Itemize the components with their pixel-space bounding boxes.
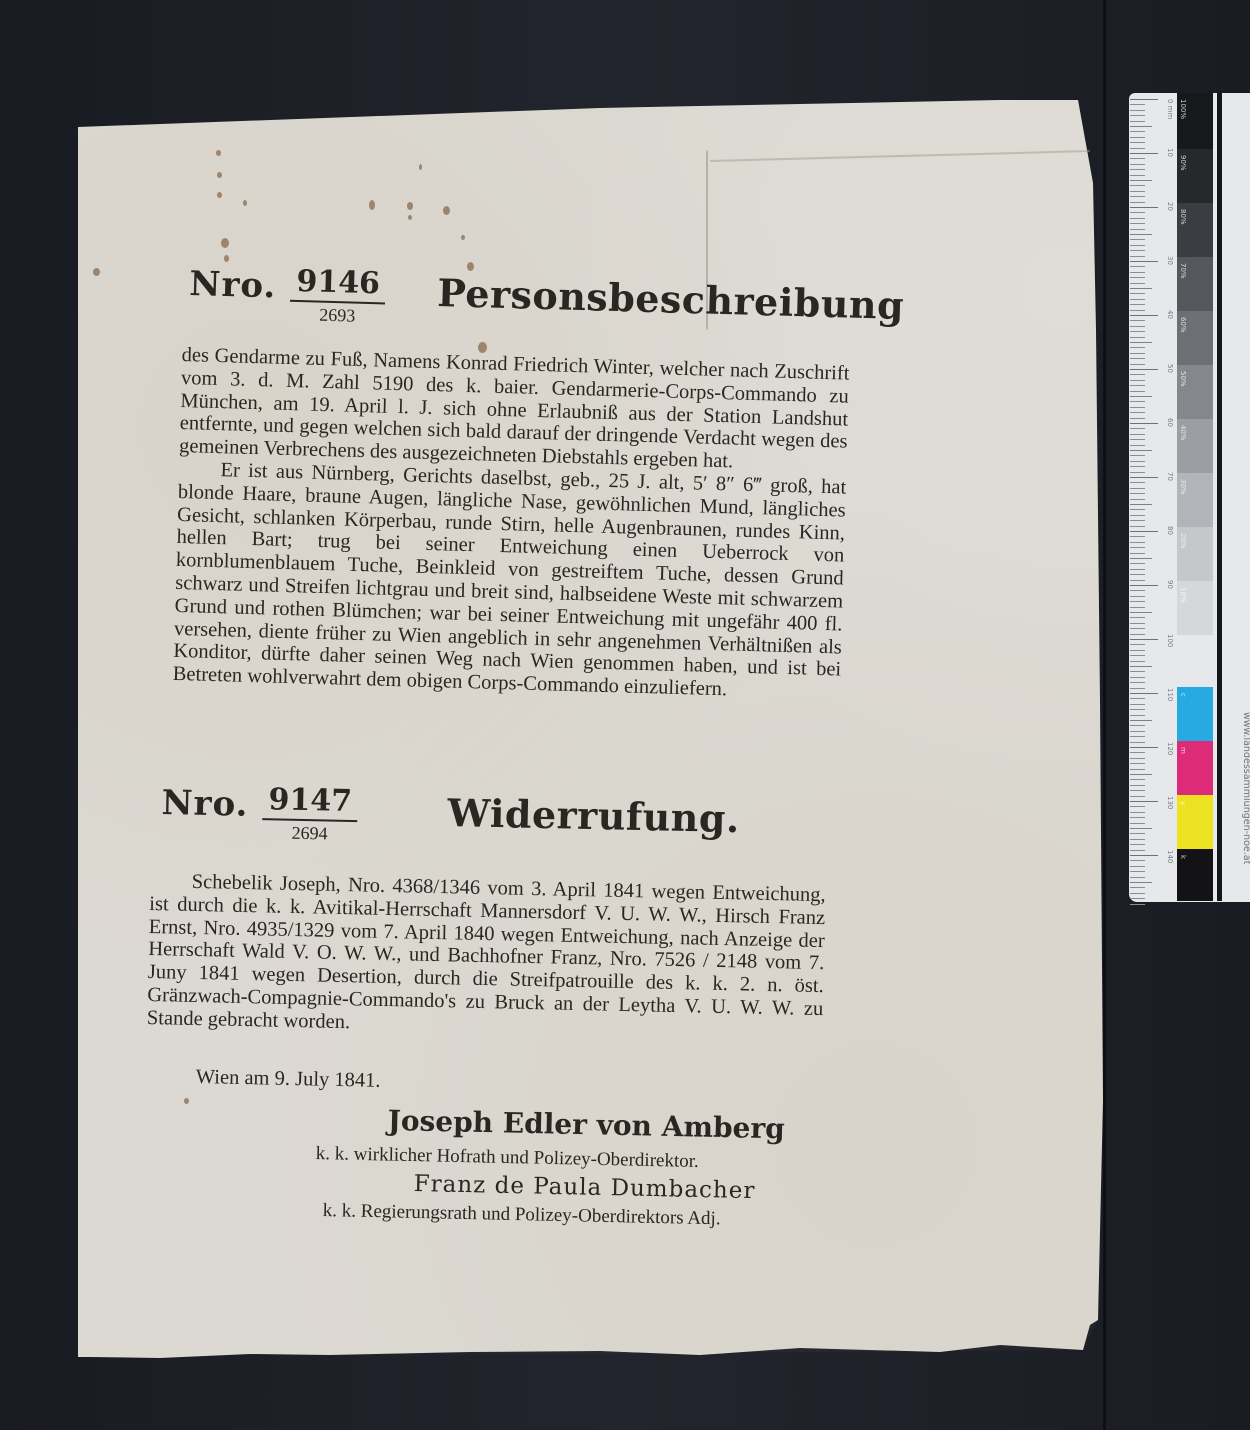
ruler-tick xyxy=(1130,164,1145,165)
ruler-tick xyxy=(1130,450,1152,451)
ruler-tick xyxy=(1130,202,1145,203)
ruler-tick xyxy=(1130,196,1145,197)
ruler-tick xyxy=(1130,747,1158,748)
ruler-tick xyxy=(1130,871,1145,872)
date-line: Wien am 9. July 1841. xyxy=(196,1066,381,1093)
ruler-tick xyxy=(1130,639,1158,640)
ruler-tick xyxy=(1130,104,1145,105)
ruler-tick xyxy=(1130,158,1145,159)
ruler-tick xyxy=(1130,499,1145,500)
ruler-tick xyxy=(1130,185,1145,186)
ruler-tick xyxy=(1130,898,1145,899)
stain xyxy=(224,255,229,262)
stain xyxy=(461,235,465,240)
ruler-tick xyxy=(1130,509,1145,510)
ruler-tick xyxy=(1130,272,1145,273)
ruler-tick xyxy=(1130,391,1145,392)
black-patch: k xyxy=(1177,849,1213,901)
ruler-tick xyxy=(1130,288,1152,289)
ruler-tick xyxy=(1130,823,1145,824)
ruler-tick xyxy=(1130,817,1145,818)
ruler-tick xyxy=(1130,385,1145,386)
entry-header-9146: Nro. 9146 2693 xyxy=(188,264,386,325)
ruler-tick xyxy=(1130,769,1145,770)
stain xyxy=(93,268,100,276)
ruler-tick xyxy=(1130,153,1158,154)
ruler-tick xyxy=(1130,628,1145,629)
ruler-label: 30 xyxy=(1166,256,1174,265)
ruler-tick xyxy=(1130,353,1145,354)
ruler-label: 100 xyxy=(1166,634,1174,647)
ruler-tick xyxy=(1130,547,1145,548)
gray-patch-80: 80% xyxy=(1177,203,1213,257)
entry-body-9147: Schebelik Joseph, Nro. 4368/1346 vom 3. … xyxy=(147,870,826,1044)
stain xyxy=(217,192,222,198)
ruler-tick xyxy=(1130,790,1145,791)
ruler-tick xyxy=(1130,682,1145,683)
gray-patch-20: 20% xyxy=(1177,527,1213,581)
ruler-tick xyxy=(1130,131,1145,132)
ruler-tick xyxy=(1130,218,1145,219)
entry-number-fraction: 9147 2694 xyxy=(262,785,359,843)
ruler-unit-label: 0 mm xyxy=(1166,99,1174,119)
stain xyxy=(217,172,222,178)
stain xyxy=(408,215,412,220)
ruler-tick xyxy=(1130,261,1158,262)
stain xyxy=(243,200,247,206)
ruler-tick xyxy=(1130,229,1145,230)
ruler-tick xyxy=(1130,655,1145,656)
ruler-tick xyxy=(1130,245,1145,246)
ruler-tick xyxy=(1130,520,1145,521)
ruler-tick xyxy=(1130,563,1145,564)
ruler-tick xyxy=(1130,758,1145,759)
ruler-tick xyxy=(1130,191,1145,192)
ruler-tick xyxy=(1130,904,1145,905)
entry-sub-number: 2694 xyxy=(291,821,327,843)
nro-label: Nro. xyxy=(189,264,277,306)
ruler-tick xyxy=(1130,374,1145,375)
ruler-tick xyxy=(1130,169,1145,170)
ruler-label: 90 xyxy=(1166,580,1174,589)
ruler-tick xyxy=(1130,698,1145,699)
ruler-tick xyxy=(1130,558,1152,559)
ruler-tick xyxy=(1130,256,1145,257)
ruler-label: 140 xyxy=(1166,850,1174,863)
ruler-tick xyxy=(1130,266,1145,267)
ruler-tick xyxy=(1130,536,1145,537)
ruler-label: 110 xyxy=(1166,688,1174,701)
ruler-tick xyxy=(1130,326,1145,327)
ruler-tick xyxy=(1130,396,1152,397)
ruler-label: 40 xyxy=(1166,310,1174,319)
gray-patch-40: 40% xyxy=(1177,419,1213,473)
ruler-tick xyxy=(1130,644,1145,645)
color-patches: 100% 90% 80% 70% 60% 50% 40% 30% 20% 10%… xyxy=(1177,93,1213,901)
ruler-tick xyxy=(1130,796,1145,797)
ruler-tick xyxy=(1130,553,1145,554)
ruler-tick xyxy=(1130,320,1145,321)
ruler-tick xyxy=(1130,283,1145,284)
ruler-tick xyxy=(1130,115,1145,116)
ruler-tick xyxy=(1130,310,1145,311)
ruler-tick xyxy=(1130,731,1145,732)
ruler-tick xyxy=(1130,715,1145,716)
ruler-tick xyxy=(1130,466,1145,467)
ruler-tick xyxy=(1130,493,1145,494)
ruler-tick xyxy=(1130,428,1145,429)
ruler-tick xyxy=(1130,472,1145,473)
stain xyxy=(184,1098,189,1104)
ruler-tick xyxy=(1130,180,1152,181)
ruler-tick xyxy=(1130,844,1145,845)
ruler-tick xyxy=(1130,806,1145,807)
ruler-tick xyxy=(1130,347,1145,348)
stain xyxy=(419,164,422,170)
paragraph: Er ist aus Nürnberg, Gerichts daselbst, … xyxy=(172,458,846,705)
ruler-tick xyxy=(1130,369,1158,370)
paragraph: Schebelik Joseph, Nro. 4368/1346 vom 3. … xyxy=(147,870,826,1044)
entry-sub-number: 2693 xyxy=(319,303,356,325)
ruler-tick xyxy=(1130,763,1145,764)
ruler-tick xyxy=(1130,358,1145,359)
gray-patch-50: 50% xyxy=(1177,365,1213,419)
ruler-tick xyxy=(1130,725,1145,726)
stain xyxy=(369,200,375,210)
cyan-patch: c xyxy=(1177,687,1213,741)
ruler-tick xyxy=(1130,742,1145,743)
ruler-tick xyxy=(1130,596,1145,597)
ruler-tick xyxy=(1130,445,1145,446)
ruler-tick xyxy=(1130,839,1145,840)
ruler-tick xyxy=(1130,812,1145,813)
ruler-tick xyxy=(1130,650,1145,651)
ruler-tick xyxy=(1130,779,1145,780)
ruler-tick xyxy=(1130,337,1145,338)
ruler-label: 10 xyxy=(1166,148,1174,157)
ruler-tick xyxy=(1130,752,1145,753)
ruler-tick xyxy=(1130,331,1145,332)
entry-number-fraction: 9146 2693 xyxy=(289,267,386,326)
ruler-tick xyxy=(1130,574,1145,575)
ruler-tick xyxy=(1130,623,1145,624)
ruler-label: 130 xyxy=(1166,796,1174,809)
ruler-tick xyxy=(1130,661,1145,662)
mm-ruler: 0 mm 10 20 30 40 50 60 70 80 90 100 110 … xyxy=(1130,93,1178,901)
ruler-tick xyxy=(1130,607,1145,608)
calibration-url: www.landessammlungen-noe.at xyxy=(1241,712,1250,864)
ruler-tick xyxy=(1130,634,1145,635)
ruler-tick xyxy=(1130,477,1158,478)
ruler-tick xyxy=(1130,461,1145,462)
ruler-tick xyxy=(1130,720,1152,721)
ruler-tick xyxy=(1130,860,1145,861)
ruler-tick xyxy=(1130,887,1145,888)
ruler-tick xyxy=(1130,542,1145,543)
ruler-label: 80 xyxy=(1166,526,1174,535)
ruler-tick xyxy=(1130,693,1158,694)
ruler-tick xyxy=(1130,304,1145,305)
gray-patch-70: 70% xyxy=(1177,257,1213,311)
ruler-tick xyxy=(1130,774,1152,775)
ruler-tick xyxy=(1130,526,1145,527)
paragraph: des Gendarme zu Fuß, Namens Konrad Fried… xyxy=(179,344,850,477)
ruler-tick xyxy=(1130,418,1145,419)
ruler-tick xyxy=(1130,515,1145,516)
ruler-tick xyxy=(1130,569,1145,570)
ruler-tick xyxy=(1130,148,1145,149)
ruler-label: 50 xyxy=(1166,364,1174,373)
ruler-tick xyxy=(1130,423,1158,424)
ruler-tick xyxy=(1130,342,1152,343)
document-sheet: Nro. 9146 2693 Personsbeschreibung des G… xyxy=(0,0,1250,1430)
ruler-tick xyxy=(1130,99,1158,100)
ruler-tick xyxy=(1130,455,1145,456)
stain xyxy=(443,206,450,215)
ruler-tick xyxy=(1130,580,1145,581)
ruler-tick xyxy=(1130,531,1158,532)
ruler-tick xyxy=(1130,677,1145,678)
stain xyxy=(407,202,413,210)
ruler-tick xyxy=(1130,380,1145,381)
ruler-tick xyxy=(1130,239,1145,240)
ruler-tick xyxy=(1130,850,1145,851)
ruler-label: 120 xyxy=(1166,742,1174,755)
ruler-tick xyxy=(1130,833,1145,834)
ruler-tick xyxy=(1130,504,1152,505)
ruler-tick xyxy=(1130,293,1145,294)
ruler-tick xyxy=(1130,234,1152,235)
stain xyxy=(467,262,474,271)
entry-number: 9147 xyxy=(262,785,358,822)
ruler-tick xyxy=(1130,434,1145,435)
ruler-tick xyxy=(1130,785,1145,786)
ruler-tick xyxy=(1130,482,1145,483)
ruler-tick xyxy=(1130,121,1145,122)
ruler-tick xyxy=(1130,250,1145,251)
ruler-tick xyxy=(1130,617,1145,618)
ruler-tick xyxy=(1130,137,1145,138)
stain xyxy=(216,150,221,156)
ruler-tick xyxy=(1130,877,1145,878)
ruler-tick xyxy=(1130,407,1145,408)
ruler-tick xyxy=(1130,585,1158,586)
ruler-tick xyxy=(1130,801,1158,802)
ruler-tick xyxy=(1130,223,1145,224)
ruler-tick xyxy=(1130,612,1152,613)
stain xyxy=(221,238,229,248)
magenta-patch: m xyxy=(1177,741,1213,795)
nro-label: Nro. xyxy=(161,783,249,825)
ruler-tick xyxy=(1130,412,1145,413)
ruler-tick xyxy=(1130,175,1145,176)
ruler-tick xyxy=(1130,207,1158,208)
ruler-tick xyxy=(1130,882,1152,883)
ruler-tick xyxy=(1130,828,1152,829)
ruler-tick xyxy=(1130,439,1145,440)
ruler-tick xyxy=(1130,855,1158,856)
ruler-label: 70 xyxy=(1166,472,1174,481)
ruler-tick xyxy=(1130,126,1152,127)
ruler-tick xyxy=(1130,671,1145,672)
ruler-tick xyxy=(1130,866,1145,867)
gray-patch-10: 10% xyxy=(1177,581,1213,635)
ruler-tick xyxy=(1130,401,1145,402)
gray-patch-90: 90% xyxy=(1177,149,1213,203)
ruler-tick xyxy=(1130,709,1145,710)
gray-patch-60: 60% xyxy=(1177,311,1213,365)
ruler-tick xyxy=(1130,277,1145,278)
ruler-tick xyxy=(1130,212,1145,213)
entry-body-9146: des Gendarme zu Fuß, Namens Konrad Fried… xyxy=(172,344,849,704)
ruler-tick xyxy=(1130,299,1145,300)
ruler-tick xyxy=(1130,590,1145,591)
ruler-label: 60 xyxy=(1166,418,1174,427)
entry-title-widerrufung: Widerrufung. xyxy=(447,790,740,841)
ruler-tick xyxy=(1130,110,1145,111)
gray-patch-100: 100% xyxy=(1177,93,1213,149)
ruler-tick xyxy=(1130,666,1152,667)
ruler-tick xyxy=(1130,488,1145,489)
ruler-tick xyxy=(1130,364,1145,365)
ruler-tick xyxy=(1130,688,1145,689)
entry-header-9147: Nro. 9147 2694 xyxy=(161,783,359,843)
ruler-tick xyxy=(1130,704,1145,705)
ruler-tick xyxy=(1130,736,1145,737)
entry-number: 9146 xyxy=(290,267,386,305)
gray-patch-30: 30% xyxy=(1177,473,1213,527)
ruler-tick xyxy=(1130,315,1158,316)
yellow-patch: y xyxy=(1177,795,1213,849)
ruler-label: 20 xyxy=(1166,202,1174,211)
calibration-black-bar xyxy=(1217,93,1222,901)
ruler-tick xyxy=(1130,601,1145,602)
ruler-tick xyxy=(1130,142,1145,143)
ruler-tick xyxy=(1130,893,1145,894)
